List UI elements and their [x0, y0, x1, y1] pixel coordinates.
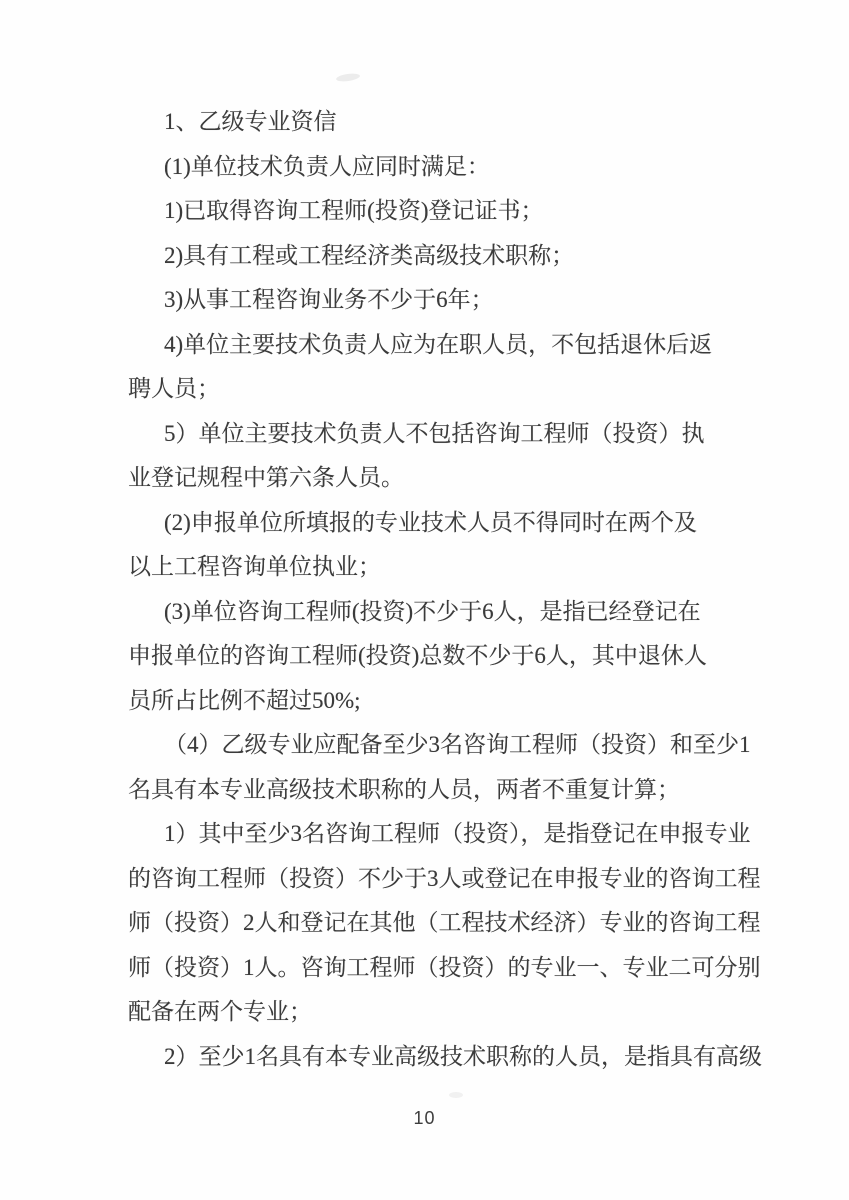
text-line: 的咨询工程师（投资）不少于3人或登记在申报专业的咨询工程	[128, 857, 808, 902]
text-line: 5）单位主要技术负责人不包括咨询工程师（投资）执	[128, 412, 808, 457]
paragraph: (1)单位技术负责人应同时满足：	[128, 145, 808, 190]
text-line: 师（投资）2人和登记在其他（工程技术经济）专业的咨询工程	[128, 901, 808, 946]
paragraph: 3)从事工程咨询业务不少于6年；	[128, 278, 808, 323]
paragraph: （4）乙级专业应配备至少3名咨询工程师（投资）和至少1名具有本专业高级技术职称的…	[128, 723, 808, 812]
text-line: 1、乙级专业资信	[128, 100, 808, 145]
text-line: 2）至少1名具有本专业高级技术职称的人员，是指具有高级	[128, 1035, 808, 1080]
paragraph: 2)具有工程或工程经济类高级技术职称；	[128, 234, 808, 279]
text-line: 员所占比例不超过50%;	[128, 679, 808, 724]
scan-artifact	[336, 72, 361, 82]
document-page: 1、乙级专业资信(1)单位技术负责人应同时满足：1)已取得咨询工程师(投资)登记…	[0, 0, 849, 1200]
paragraph: 1)已取得咨询工程师(投资)登记证书；	[128, 189, 808, 234]
page-number: 10	[413, 1108, 435, 1128]
text-line: (3)单位咨询工程师(投资)不少于6人，是指已经登记在	[128, 590, 808, 635]
scan-artifact	[449, 1092, 463, 1098]
text-line: 申报单位的咨询工程师(投资)总数不少于6人，其中退休人	[128, 634, 808, 679]
text-line: （4）乙级专业应配备至少3名咨询工程师（投资）和至少1	[128, 723, 808, 768]
text-line: (1)单位技术负责人应同时满足：	[128, 145, 808, 190]
text-line: (2)申报单位所填报的专业技术人员不得同时在两个及	[128, 501, 808, 546]
text-line: 名具有本专业高级技术职称的人员，两者不重复计算；	[128, 768, 808, 813]
text-line: 业登记规程中第六条人员。	[128, 456, 808, 501]
text-line: 4)单位主要技术负责人应为在职人员，不包括退休后返	[128, 323, 808, 368]
text-line: 师（投资）1人。咨询工程师（投资）的专业一、专业二可分别	[128, 946, 808, 991]
paragraph: (3)单位咨询工程师(投资)不少于6人，是指已经登记在申报单位的咨询工程师(投资…	[128, 590, 808, 724]
text-line: 以上工程咨询单位执业；	[128, 545, 808, 590]
text-line: 2)具有工程或工程经济类高级技术职称；	[128, 234, 808, 279]
text-line: 3)从事工程咨询业务不少于6年；	[128, 278, 808, 323]
paragraph: 1、乙级专业资信	[128, 100, 808, 145]
page-footer: 10	[0, 1108, 849, 1129]
text-line: 1)已取得咨询工程师(投资)登记证书；	[128, 189, 808, 234]
paragraph: 4)单位主要技术负责人应为在职人员，不包括退休后返聘人员；	[128, 323, 808, 412]
paragraph: (2)申报单位所填报的专业技术人员不得同时在两个及以上工程咨询单位执业；	[128, 501, 808, 590]
text-line: 聘人员；	[128, 367, 808, 412]
paragraph: 5）单位主要技术负责人不包括咨询工程师（投资）执业登记规程中第六条人员。	[128, 412, 808, 501]
paragraph: 1）其中至少3名咨询工程师（投资），是指登记在申报专业的咨询工程师（投资）不少于…	[128, 812, 808, 1035]
paragraph: 2）至少1名具有本专业高级技术职称的人员，是指具有高级	[128, 1035, 808, 1080]
text-line: 1）其中至少3名咨询工程师（投资），是指登记在申报专业	[128, 812, 808, 857]
document-body: 1、乙级专业资信(1)单位技术负责人应同时满足：1)已取得咨询工程师(投资)登记…	[128, 100, 808, 1079]
text-line: 配备在两个专业；	[128, 990, 808, 1035]
